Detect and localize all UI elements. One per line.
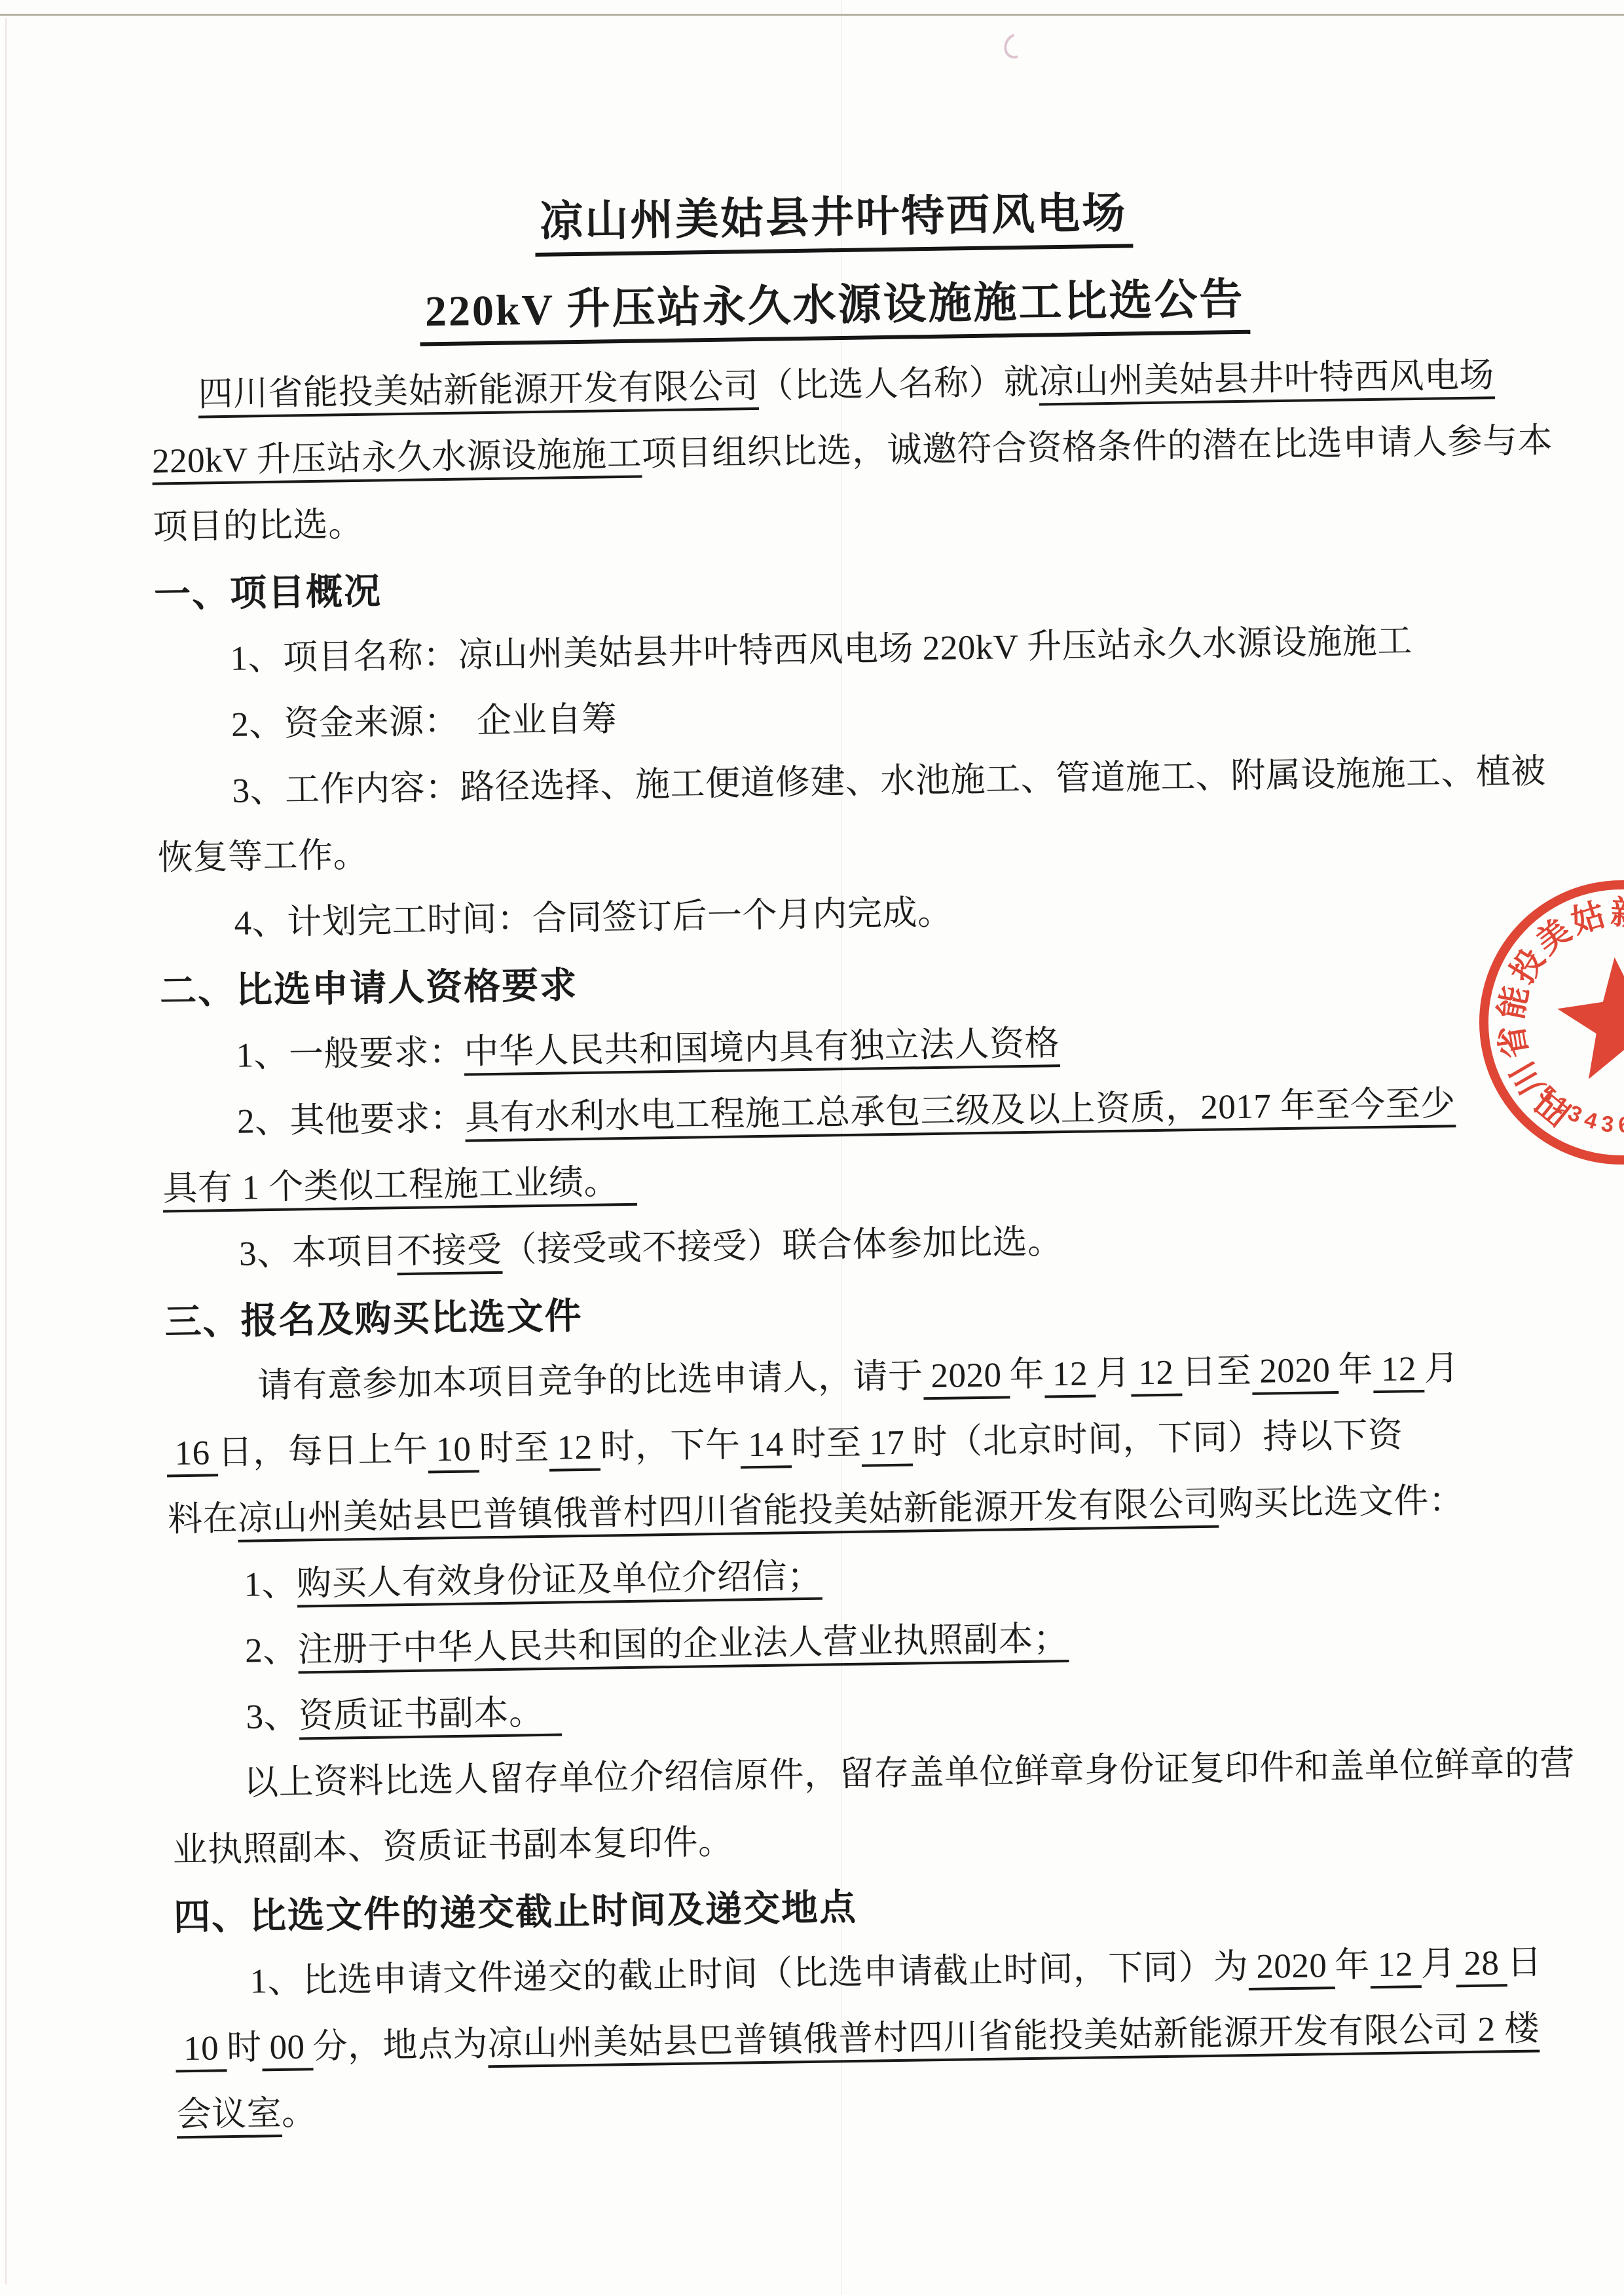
text-segment: 时至 bbox=[479, 1429, 549, 1468]
text-segment: 220kV 升压站永久水源设施施工 bbox=[152, 436, 642, 485]
text-segment: 17 bbox=[861, 1424, 913, 1467]
text-segment: 注册于中华人民共和国的企业法人营业执照副本； bbox=[297, 1620, 1069, 1673]
title-text-2: 220kV 升压站永久水源设施施工比选公告 bbox=[419, 276, 1250, 346]
text-segment: 以上资料比选人留存单位介绍信原件，留存盖单位鲜章身份证复印件和盖单位鲜章的营 bbox=[244, 1745, 1576, 1802]
text-segment: 10 bbox=[175, 2029, 227, 2072]
text-segment: 3、 bbox=[246, 1698, 299, 1736]
star-icon bbox=[1553, 951, 1624, 1082]
text-segment: （接受或不接受）联合体参加比选。 bbox=[502, 1223, 1063, 1269]
text-segment: 四川省能投美姑新能源开发有限公司 bbox=[198, 367, 759, 419]
text-segment: 分，地点为 bbox=[312, 2025, 488, 2066]
text-segment: 16 bbox=[166, 1434, 218, 1477]
text-segment: 年 bbox=[1009, 1356, 1044, 1394]
text-segment: 购买人有效身份证及单位介绍信； bbox=[297, 1558, 822, 1608]
text-segment: 日 bbox=[1507, 1943, 1542, 1982]
text-segment: 1、一般要求： bbox=[236, 1034, 464, 1075]
seal-svg: 四川省能投美姑新能源开发有限公司 5134365000 bbox=[1438, 839, 1624, 1206]
text-segment: 2020 bbox=[1251, 1351, 1338, 1395]
text-segment: 3、本项目 bbox=[239, 1233, 397, 1273]
text-segment: 2020 bbox=[923, 1356, 1010, 1400]
text-segment: 28 bbox=[1456, 1944, 1507, 1987]
text-segment: 月 bbox=[1096, 1354, 1131, 1393]
text-segment: 14 bbox=[740, 1425, 792, 1468]
text-segment: 具有 1 个类似工程施工业绩。 bbox=[162, 1163, 637, 1213]
seal-group: 四川省能投美姑新能源开发有限公司 5134365000 bbox=[1438, 839, 1624, 1180]
text-segment: 12 bbox=[1044, 1354, 1096, 1398]
text-segment: 请有意参加本项目竞争的比选申请人，请于 bbox=[257, 1357, 923, 1405]
text-segment: 1、 bbox=[244, 1565, 297, 1604]
scan-edge-line-left bbox=[5, 18, 7, 2285]
text-segment: 凉山州美姑县井叶特西风电场 bbox=[1039, 356, 1494, 405]
text-segment: 00 bbox=[261, 2028, 313, 2071]
text-segment: 日，每日上午 bbox=[217, 1431, 428, 1472]
text-segment: 1、项目名称：凉山州美姑县井叶特西风电场 220kV 升压站永久水源设施施工 bbox=[230, 622, 1412, 678]
text-segment: 二、比选申请人资格要求 bbox=[160, 964, 578, 1011]
document-body: 四川省能投美姑新能源开发有限公司（比选人名称）就凉山州美姑县井叶特西风电场220… bbox=[151, 340, 1547, 2149]
text-segment: 项目的比选。 bbox=[153, 506, 363, 547]
text-segment: 凉山州美姑县巴普镇俄普村四川省能投美姑新能源开发有限公司 2 楼 bbox=[488, 2009, 1540, 2068]
text-segment: 凉山州美姑县巴普镇俄普村四川省能投美姑新能源开发有限公司 bbox=[238, 1485, 1219, 1542]
text-segment: 一、项目概况 bbox=[154, 570, 382, 614]
text-segment: 。 bbox=[282, 2094, 317, 2133]
text-segment: 不接受 bbox=[397, 1231, 502, 1275]
text-segment: 12 bbox=[1369, 1945, 1421, 1988]
text-segment: 三、报名及购买比选文件 bbox=[164, 1295, 583, 1342]
text-segment: 项目组织比选，诚邀符合资格条件的潜在比选申请人参与本 bbox=[642, 422, 1553, 474]
text-segment: 会议室 bbox=[176, 2095, 282, 2138]
scanned-document-page: 凉山州美姑县井叶特西风电场 220kV 升压站永久水源设施施工比选公告 四川省能… bbox=[0, 0, 1624, 2295]
text-segment: 10 bbox=[428, 1430, 479, 1473]
text-segment: 时至 bbox=[791, 1425, 862, 1464]
text-segment: 4、计划完工时间：合同签订后一个月内完成。 bbox=[234, 894, 953, 942]
text-segment: 时（北京时间，下同）持以下资 bbox=[912, 1416, 1403, 1461]
text-segment: 中华人民共和国境内具有独立法人资格 bbox=[464, 1024, 1060, 1075]
text-segment: 2020 bbox=[1248, 1947, 1335, 1990]
text-segment: 月 bbox=[1424, 1349, 1459, 1388]
text-segment: 购买比选文件： bbox=[1218, 1482, 1464, 1523]
text-segment: 四、比选文件的递交截止时间及递交地点 bbox=[174, 1886, 858, 1937]
text-segment: 12 bbox=[1373, 1350, 1424, 1393]
text-segment: 业执照副本、资质证书副本复印件。 bbox=[172, 1823, 733, 1870]
text-segment: 12 bbox=[549, 1428, 600, 1472]
text-segment: 年 bbox=[1335, 1946, 1370, 1985]
text-segment: （比选人名称）就 bbox=[758, 364, 1039, 405]
document-title: 凉山州美姑县井叶特西风电场 220kV 升压站永久水源设施施工比选公告 bbox=[145, 0, 1521, 360]
text-segment: 时，下午 bbox=[600, 1426, 741, 1466]
text-segment: 2、 bbox=[245, 1632, 298, 1670]
text-segment: 资质证书副本。 bbox=[299, 1694, 562, 1740]
text-segment: 恢复等工作。 bbox=[158, 836, 369, 878]
text-segment: 具有水利水电工程施工总承包三级及以上资质，2017 年至今至少 bbox=[465, 1085, 1456, 1142]
text-segment: 日至 bbox=[1181, 1353, 1252, 1392]
text-segment: 时 bbox=[227, 2028, 262, 2067]
text-segment: 2、其他要求： bbox=[237, 1100, 466, 1141]
text-segment: 2、资金来源： 企业自筹 bbox=[231, 700, 618, 744]
text-segment: 年 bbox=[1338, 1351, 1373, 1389]
text-segment: 料在 bbox=[168, 1500, 238, 1539]
document-content: 凉山州美姑县井叶特西风电场 220kV 升压站永久水源设施施工比选公告 四川省能… bbox=[145, 0, 1547, 2148]
text-segment: 3、工作内容：路径选择、施工便道修建、水池施工、管道施工、附属设施施工、植被 bbox=[232, 753, 1546, 810]
text-segment: 12 bbox=[1130, 1353, 1182, 1396]
title-text-1: 凉山州美姑县井叶特西风电场 bbox=[534, 189, 1133, 257]
company-seal-stamp: 四川省能投美姑新能源开发有限公司 5134365000 bbox=[1438, 839, 1624, 1206]
text-segment: 1、比选申请文件递交的截止时间（比选申请截止时间，下同）为 bbox=[249, 1948, 1249, 2001]
text-segment: 月 bbox=[1420, 1945, 1456, 1983]
